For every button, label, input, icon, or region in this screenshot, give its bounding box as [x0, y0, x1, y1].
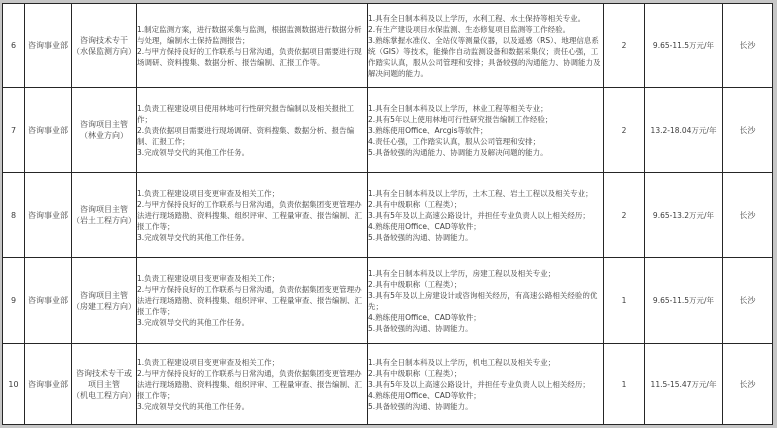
cell-duties: 1.负责工程建设项目使用林地可行性研究报告编制以及相关报批工作； 2.负责依据项…	[137, 88, 368, 173]
cell-salary: 9.65-13.2万元/年	[645, 173, 723, 258]
cell-count: 2	[604, 173, 645, 258]
cell-requirements: 1.具有全日制本科及以上学历，林业工程等相关专业； 2.具有5年以上使用林地可行…	[368, 88, 604, 173]
job-listing-table-wrap: 6 咨询事业部 咨询技术专干 （水保监测方向） 1.制定监测方案，进行数据采集与…	[2, 3, 772, 424]
cell-position: 咨询项目主管 （林业方向）	[72, 88, 137, 173]
cell-department: 咨询事业部	[25, 344, 72, 425]
table-row: 9 咨询事业部 咨询项目主管 （房建工程方向） 1.负责工程建设项目变更审查及相…	[3, 258, 773, 344]
cell-location: 长沙	[723, 258, 773, 344]
cell-department: 咨询事业部	[25, 88, 72, 173]
job-listing-table: 6 咨询事业部 咨询技术专干 （水保监测方向） 1.制定监测方案，进行数据采集与…	[2, 3, 773, 425]
cell-row-number: 10	[3, 344, 25, 425]
cell-count: 1	[604, 344, 645, 425]
cell-duties: 1.负责工程建设项目变更审查及相关工作； 2.与甲方保持良好的工作联系与日常沟通…	[137, 344, 368, 425]
table-row: 8 咨询事业部 咨询项目主管 （岩土工程方向） 1.负责工程建设项目变更审查及相…	[3, 173, 773, 258]
cell-department: 咨询事业部	[25, 173, 72, 258]
cell-position: 咨询技术专干或 项目主管 （机电工程方向）	[72, 344, 137, 425]
cell-duties: 1.制定监测方案，进行数据采集与监测，根据监测数据进行数据分析与处理，编制水土保…	[137, 4, 368, 88]
cell-requirements: 1.具有全日制本科及以上学历，房建工程以及相关专业； 2.具有中级职称（工程类）…	[368, 258, 604, 344]
table-row: 6 咨询事业部 咨询技术专干 （水保监测方向） 1.制定监测方案，进行数据采集与…	[3, 4, 773, 88]
table-row: 10 咨询事业部 咨询技术专干或 项目主管 （机电工程方向） 1.负责工程建设项…	[3, 344, 773, 425]
cell-salary: 9.65-11.5万元/年	[645, 4, 723, 88]
cell-row-number: 9	[3, 258, 25, 344]
cell-location: 长沙	[723, 88, 773, 173]
cell-row-number: 8	[3, 173, 25, 258]
cell-row-number: 6	[3, 4, 25, 88]
cell-salary: 13.2-18.04万元/年	[645, 88, 723, 173]
cell-salary: 11.5-15.47万元/年	[645, 344, 723, 425]
cell-location: 长沙	[723, 173, 773, 258]
cell-location: 长沙	[723, 4, 773, 88]
cell-position: 咨询技术专干 （水保监测方向）	[72, 4, 137, 88]
cell-duties: 1.负责工程建设项目变更审查及相关工作； 2.与甲方保持良好的工作联系与日常沟通…	[137, 258, 368, 344]
cell-position: 咨询项目主管 （岩土工程方向）	[72, 173, 137, 258]
cell-row-number: 7	[3, 88, 25, 173]
cell-department: 咨询事业部	[25, 258, 72, 344]
cell-department: 咨询事业部	[25, 4, 72, 88]
cell-count: 1	[604, 258, 645, 344]
cell-requirements: 1.具有全日制本科及以上学历，水利工程、水土保持等相关专业。 2.有生产建设项目…	[368, 4, 604, 88]
cell-count: 2	[604, 88, 645, 173]
cell-position: 咨询项目主管 （房建工程方向）	[72, 258, 137, 344]
table-row: 7 咨询事业部 咨询项目主管 （林业方向） 1.负责工程建设项目使用林地可行性研…	[3, 88, 773, 173]
cell-salary: 9.65-11.5万元/年	[645, 258, 723, 344]
cell-requirements: 1.具有全日制本科及以上学历，土木工程、岩土工程以及相关专业； 2.具有中级职称…	[368, 173, 604, 258]
cell-requirements: 1.具有全日制本科及以上学历，机电工程以及相关专业； 2.具有中级职称（工程类）…	[368, 344, 604, 425]
cell-location: 长沙	[723, 344, 773, 425]
cell-count: 2	[604, 4, 645, 88]
cell-duties: 1.负责工程建设项目变更审查及相关工作； 2.与甲方保持良好的工作联系与日常沟通…	[137, 173, 368, 258]
